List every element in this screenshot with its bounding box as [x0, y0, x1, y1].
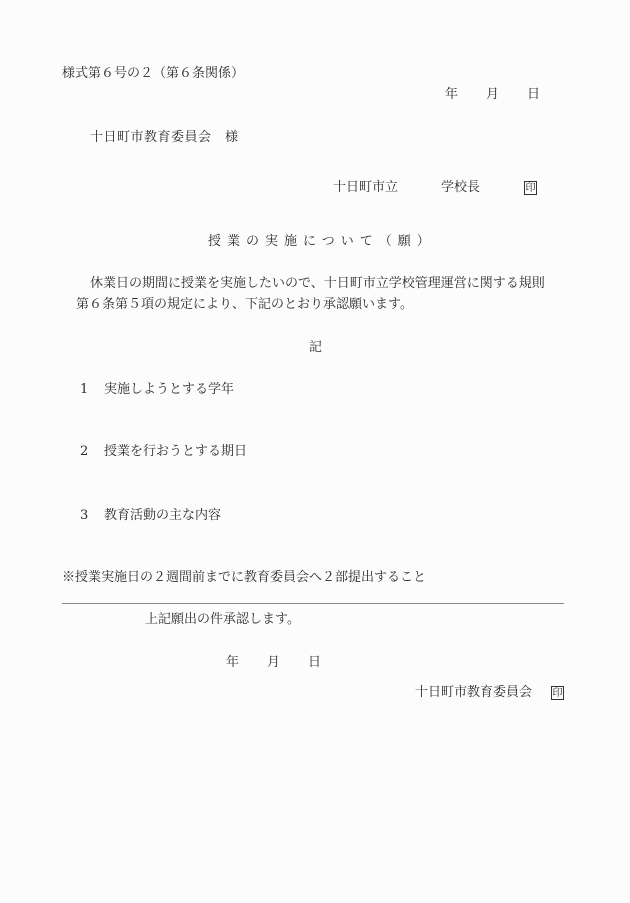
item-label: 授業を行おうとする期日 [104, 444, 247, 460]
approval-date-month: 月 [267, 655, 280, 671]
sender-principal: 学校長 [441, 180, 480, 196]
body-line-1: 休業日の期間に授業を実施したいので、十日町市立学校管理運営に関する規則 [90, 276, 545, 292]
sender-school-prefix: 十日町市立 [333, 180, 398, 196]
approval-issuer: 十日町市教育委員会 [415, 685, 532, 701]
header-date-month: 月 [486, 87, 499, 103]
approval-text: 上記願出の件承認します。 [145, 612, 300, 628]
approval-date-year: 年 [226, 655, 239, 671]
submission-note: ※授業実施日の２週間前までに教育委員会へ２部提出すること [62, 570, 426, 586]
document-title: 授業の実施について（願） [208, 234, 436, 250]
item-label: 実施しようとする学年 [104, 382, 234, 398]
approval-seal-mark: 印 [551, 685, 564, 701]
header-date-day: 日 [527, 87, 540, 103]
seal-icon: 印 [551, 686, 564, 700]
ki-heading: 記 [309, 340, 322, 356]
header-date-year: 年 [445, 87, 458, 103]
addressee: 十日町市教育委員会 様 [90, 130, 239, 146]
item-number: 2 [80, 444, 88, 460]
body-line-2: 第６条第５項の規定により、下記のとおり承認願います。 [76, 297, 413, 313]
item-number: 3 [80, 508, 88, 524]
seal-icon: 印 [524, 181, 537, 195]
form-number: 様式第６号の２（第６条関係） [62, 66, 244, 82]
sender-seal-mark: 印 [524, 180, 537, 196]
item-label: 教育活動の主な内容 [104, 508, 221, 524]
approval-date-day: 日 [308, 655, 321, 671]
item-number: 1 [80, 382, 88, 398]
divider-line [62, 603, 564, 604]
